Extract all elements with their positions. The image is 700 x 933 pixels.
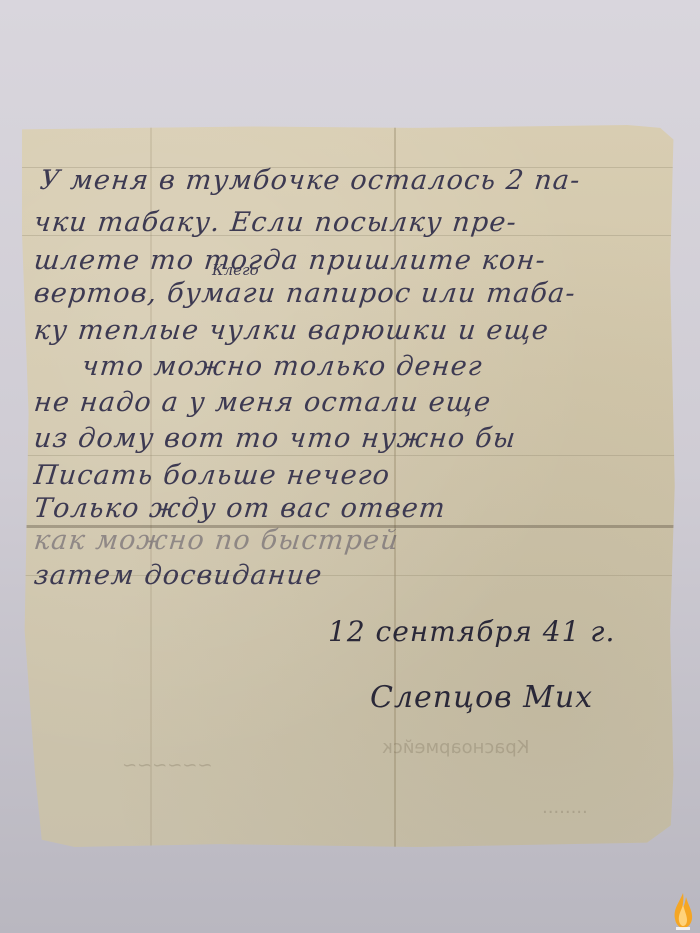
letter-line: не надо а у меня остали еще bbox=[32, 387, 493, 418]
letter-line: У меня в тумбочке осталось 2 па- bbox=[38, 165, 582, 196]
letter-date: 12 сентября 41 г. bbox=[328, 615, 615, 648]
letter-line: как можно по быстрей bbox=[32, 525, 400, 556]
letter-line: Только жду от вас ответ bbox=[32, 493, 447, 524]
letter-paper: Красноармейск ~~~~~~ ........ У меня в т… bbox=[22, 125, 680, 847]
letter-line: из дому вот то что нужно бы bbox=[32, 423, 517, 454]
bleed-through-text: ........ bbox=[542, 797, 588, 818]
letter-line: вертов, бумаги папирос или таба- bbox=[32, 278, 577, 309]
letter-line: Писать больше нечего bbox=[32, 460, 392, 491]
paper-rule bbox=[22, 455, 680, 456]
bleed-through-text: Красноармейск bbox=[382, 737, 530, 758]
letter-line: затем досвидание bbox=[32, 560, 324, 591]
letter-line: что можно только денег bbox=[80, 351, 484, 382]
letter-line: чки табаку. Если посылку пре- bbox=[32, 207, 518, 238]
letter-signature: Слепцов Мих bbox=[370, 680, 593, 715]
insertion-above-line: Клего bbox=[212, 261, 259, 279]
letter-line: шлете то тогда пришлите кон- bbox=[32, 245, 547, 276]
flame-logo-icon bbox=[670, 891, 696, 931]
bleed-through-text: ~~~~~~ bbox=[122, 755, 213, 776]
letter-line: ку теплые чулки варюшки и еще bbox=[32, 315, 550, 346]
